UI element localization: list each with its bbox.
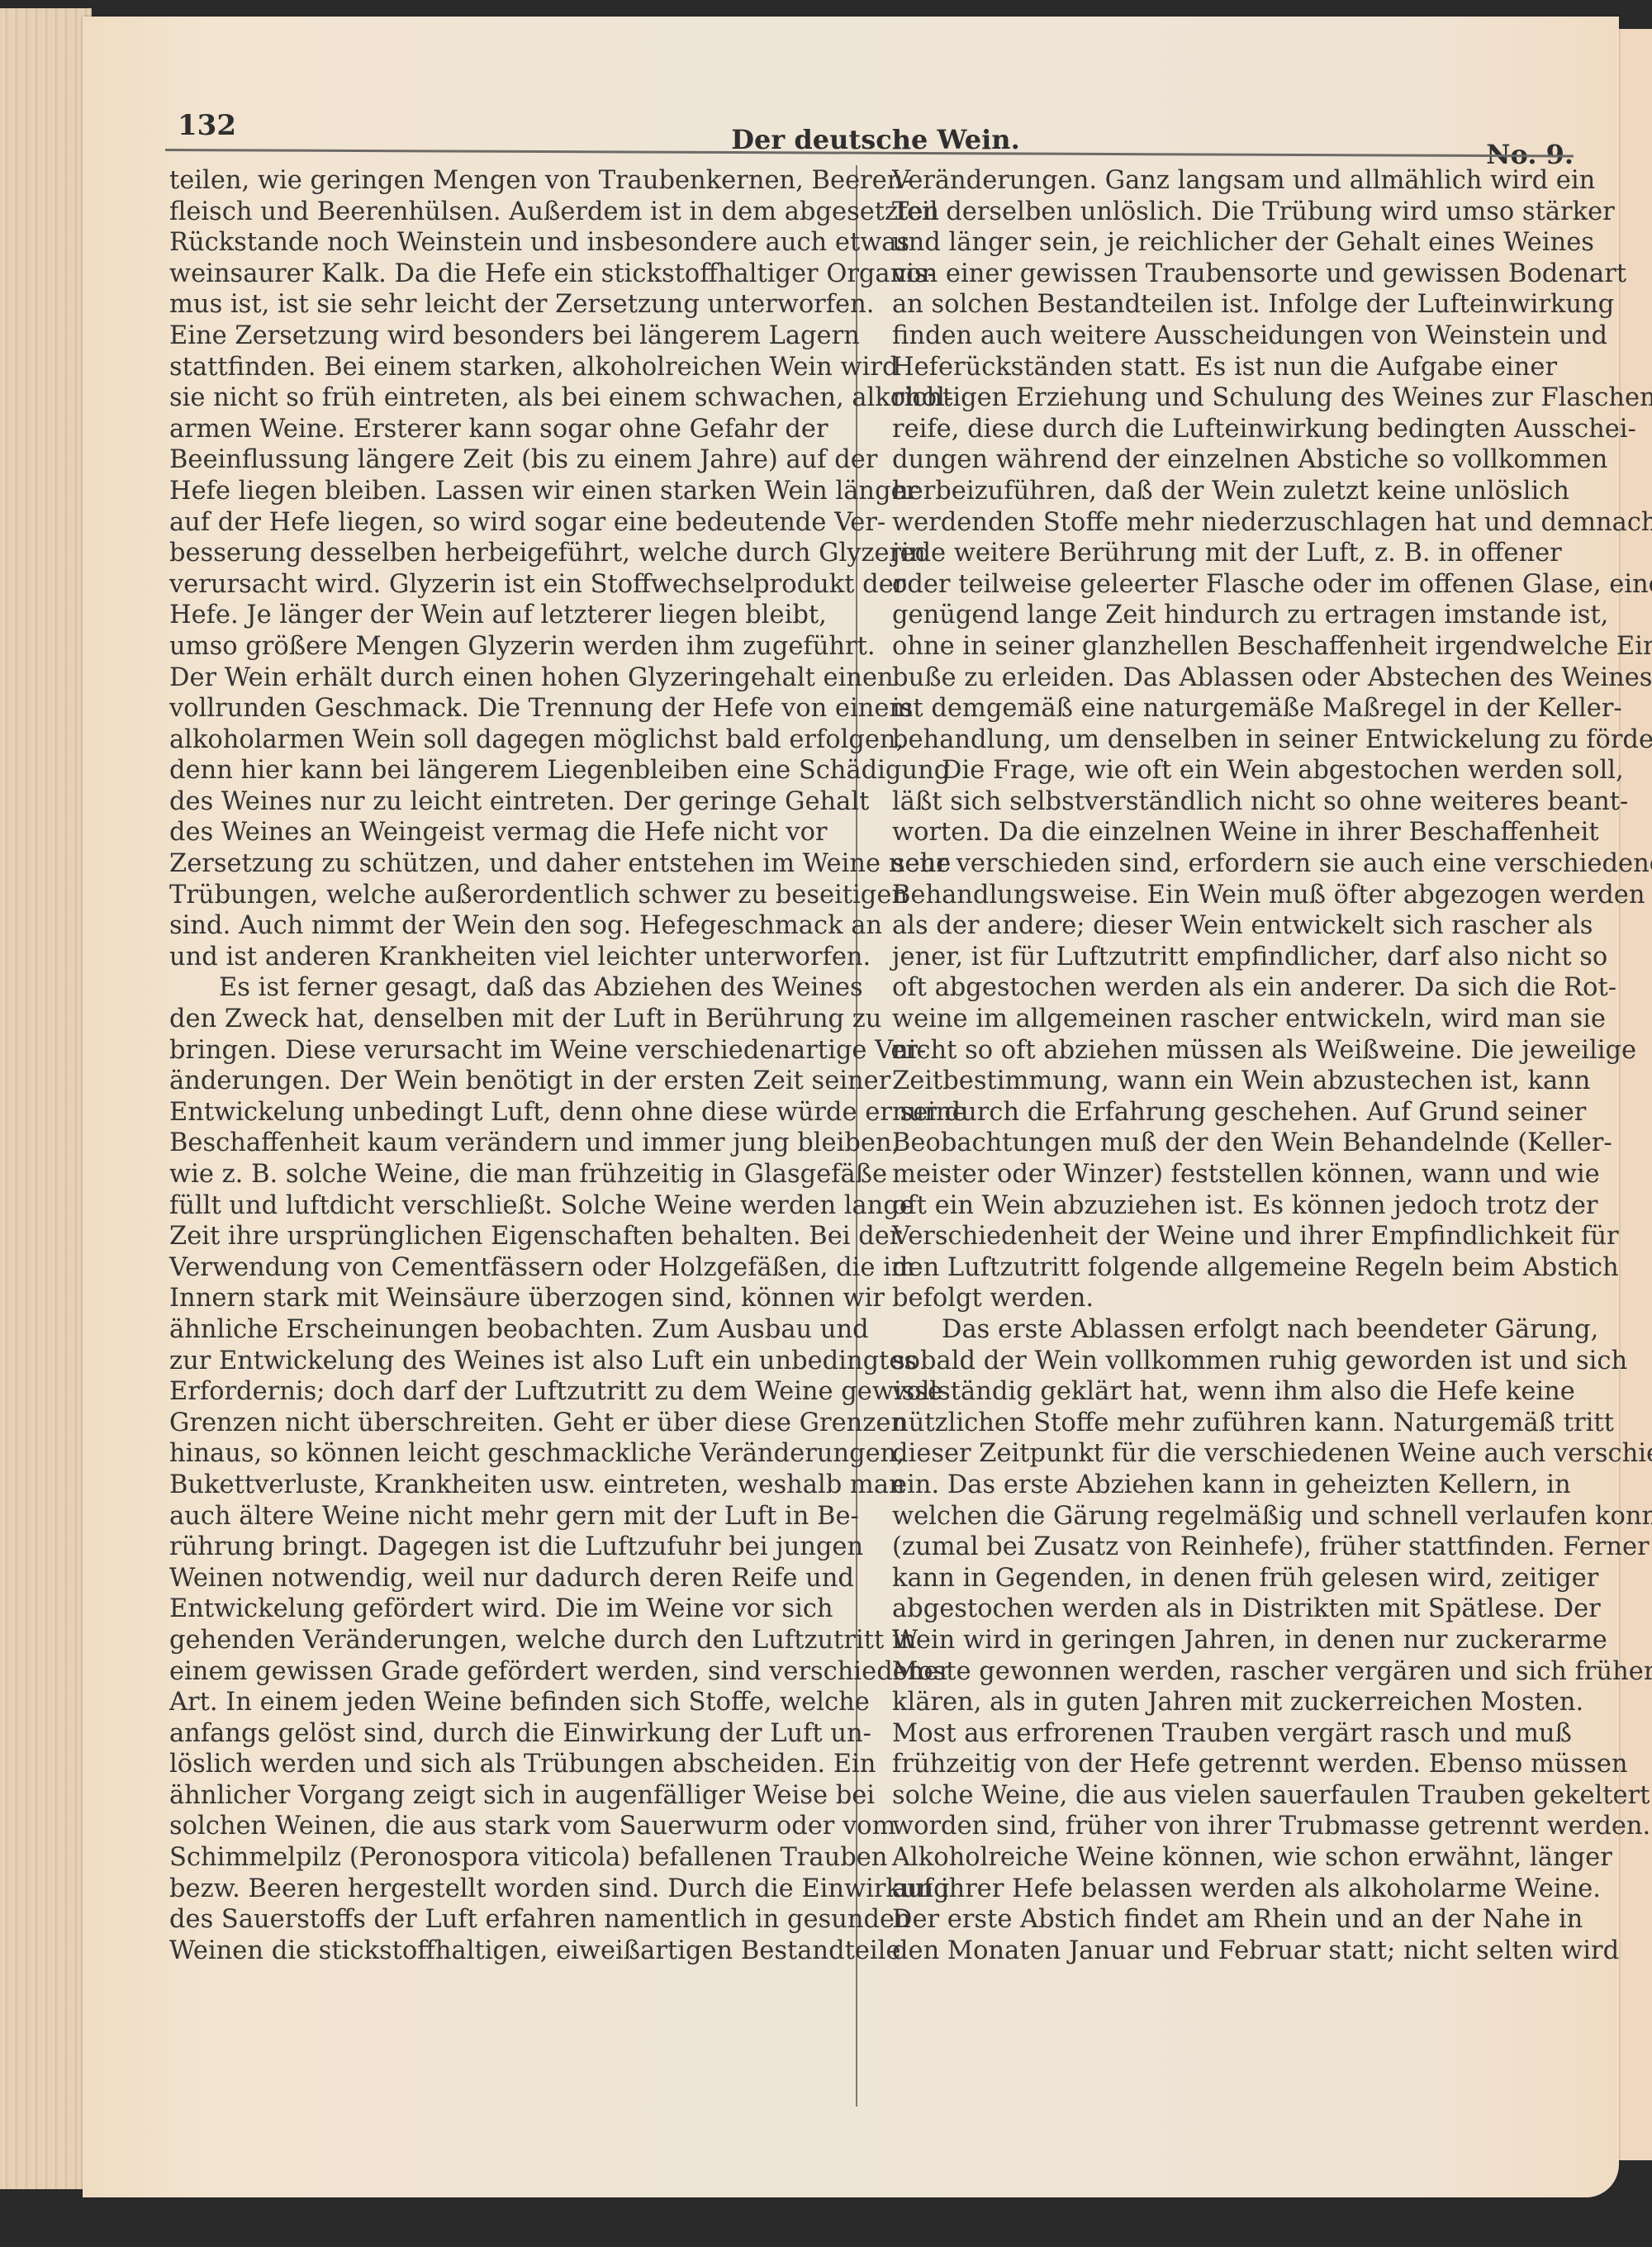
text-line: gehenden Veränderungen, welche durch den… <box>169 1625 822 1656</box>
text-line: kann in Gegenden, in denen früh gelesen … <box>892 1563 1540 1594</box>
text-line: Heferückständen statt. Es ist nun die Au… <box>892 352 1540 383</box>
text-line: worden sind, früher von ihrer Trubmasse … <box>892 1811 1540 1842</box>
text-line: ein. Das erste Abziehen kann in geheizte… <box>892 1470 1540 1501</box>
text-line: buße zu erleiden. Das Ablassen oder Abst… <box>892 663 1540 694</box>
text-line: Verwendung von Cementfässern oder Holzge… <box>169 1252 822 1284</box>
text-line: Das erste Ablassen erfolgt nach beendete… <box>892 1314 1540 1346</box>
text-line: armen Weine. Ersterer kann sogar ohne Ge… <box>169 414 822 445</box>
text-line: frühzeitig von der Hefe getrennt werden.… <box>892 1749 1540 1780</box>
text-line: Der erste Abstich findet am Rhein und an… <box>892 1904 1540 1936</box>
text-line: Bukettverluste, Krankheiten usw. eintret… <box>169 1470 822 1501</box>
text-line: Verschiedenheit der Weine und ihrer Empf… <box>892 1221 1540 1252</box>
text-line: welchen die Gärung regelmäßig und schnel… <box>892 1501 1540 1532</box>
text-line: stattfinden. Bei einem starken, alkoholr… <box>169 352 822 383</box>
text-line: fleisch und Beerenhülsen. Außerdem ist i… <box>169 197 822 228</box>
text-line: Veränderungen. Ganz langsam und allmähli… <box>892 165 1540 197</box>
text-line: wie z. B. solche Weine, die man frühzeit… <box>169 1159 822 1190</box>
text-line: Behandlungsweise. Ein Wein muß öfter abg… <box>892 880 1540 911</box>
text-line: den Luftzutritt folgende allgemeine Rege… <box>892 1252 1540 1284</box>
text-line: meister oder Winzer) feststellen können,… <box>892 1159 1540 1190</box>
text-line: Beeinflussung längere Zeit (bis zu einem… <box>169 444 822 476</box>
text-line: Most aus erfrorenen Trauben vergärt rasc… <box>892 1718 1540 1750</box>
text-line: und ist anderen Krankheiten viel leichte… <box>169 942 822 973</box>
text-line: Wein wird in geringen Jahren, in denen n… <box>892 1625 1540 1656</box>
text-line: anfangs gelöst sind, durch die Einwirkun… <box>169 1718 822 1750</box>
text-line: Entwickelung gefördert wird. Die im Wein… <box>169 1594 822 1625</box>
text-line: sobald der Wein vollkommen ruhig geworde… <box>892 1346 1540 1377</box>
text-line: Hefe. Je länger der Wein auf letzterer l… <box>169 600 822 631</box>
text-line: auch ältere Weine nicht mehr gern mit de… <box>169 1501 822 1532</box>
text-line: den Monaten Januar und Februar statt; ni… <box>892 1936 1540 1967</box>
text-line: Der Wein erhält durch einen hohen Glyzer… <box>169 663 822 694</box>
text-line: alkoholarmen Wein soll dagegen möglichst… <box>169 724 822 756</box>
text-line: Hefe liegen bleiben. Lassen wir einen st… <box>169 476 822 507</box>
text-line: dieser Zeitpunkt für die verschiedenen W… <box>892 1438 1540 1470</box>
text-line: sehr verschieden sind, erfordern sie auc… <box>892 848 1540 880</box>
text-line: teilen, wie geringen Mengen von Traubenk… <box>169 165 822 197</box>
text-line: Zeit ihre ursprünglichen Eigenschaften b… <box>169 1221 822 1252</box>
text-line: Entwickelung unbedingt Luft, denn ohne d… <box>169 1097 822 1128</box>
text-line: Die Frage, wie oft ein Wein abgestochen … <box>892 755 1540 786</box>
text-line: rührung bringt. Dagegen ist die Luftzufu… <box>169 1532 822 1563</box>
text-line: auf der Hefe liegen, so wird sogar eine … <box>169 507 822 539</box>
text-line: vollrunden Geschmack. Die Trennung der H… <box>169 693 822 724</box>
right-column: Veränderungen. Ganz langsam und allmähli… <box>892 165 1540 1966</box>
text-line: an solchen Bestandteilen ist. Infolge de… <box>892 289 1540 321</box>
text-line: reife, diese durch die Lufteinwirkung be… <box>892 414 1540 445</box>
text-line: Zersetzung zu schützen, und daher entste… <box>169 848 822 880</box>
text-line: behandlung, um denselben in seiner Entwi… <box>892 724 1540 756</box>
text-line: sind. Auch nimmt der Wein den sog. Hefeg… <box>169 910 822 942</box>
page-header: 132 Der deutsche Wein. No. 9. <box>178 99 1574 149</box>
text-line: besserung desselben herbeigeführt, welch… <box>169 538 822 569</box>
text-line: oder teilweise geleerter Flasche oder im… <box>892 569 1540 601</box>
text-line: ohne in seiner glanzhellen Beschaffenhei… <box>892 631 1540 663</box>
next-page-edge <box>1615 29 1652 2160</box>
text-line: weinsaurer Kalk. Da die Hefe ein stickst… <box>169 259 822 290</box>
text-line: füllt und luftdicht verschließt. Solche … <box>169 1190 822 1222</box>
text-line: ähnliche Erscheinungen beobachten. Zum A… <box>169 1314 822 1346</box>
text-line: nützlichen Stoffe mehr zuführen kann. Na… <box>892 1408 1540 1439</box>
text-line: solche Weine, die aus vielen sauerfaulen… <box>892 1780 1540 1812</box>
text-line: und länger sein, je reichlicher der Geha… <box>892 227 1540 259</box>
text-line: solchen Weinen, die aus stark vom Sauerw… <box>169 1811 822 1842</box>
text-line: bezw. Beeren hergestellt worden sind. Du… <box>169 1874 822 1905</box>
text-line: Moste gewonnen werden, rascher vergären … <box>892 1656 1540 1688</box>
text-line: hinaus, so können leicht geschmackliche … <box>169 1438 822 1470</box>
text-line: nur durch die Erfahrung geschehen. Auf G… <box>892 1097 1540 1128</box>
text-line: genügend lange Zeit hindurch zu ertragen… <box>892 600 1540 631</box>
text-line: vollständig geklärt hat, wenn ihm also d… <box>892 1376 1540 1408</box>
left-column: teilen, wie geringen Mengen von Traubenk… <box>169 165 822 1966</box>
text-line: herbeizuführen, daß der Wein zuletzt kei… <box>892 476 1540 507</box>
text-line: richtigen Erziehung und Schulung des Wei… <box>892 382 1540 414</box>
text-line: werdenden Stoffe mehr niederzuschlagen h… <box>892 507 1540 539</box>
text-line: ähnlicher Vorgang zeigt sich in augenfäl… <box>169 1780 822 1812</box>
text-line: oft abgestochen werden als ein anderer. … <box>892 972 1540 1004</box>
text-line: zur Entwickelung des Weines ist also Luf… <box>169 1346 822 1377</box>
text-line: ist demgemäß eine naturgemäße Maßregel i… <box>892 693 1540 724</box>
text-line: Trübungen, welche außerordentlich schwer… <box>169 880 822 911</box>
text-line: mus ist, ist sie sehr leicht der Zersetz… <box>169 289 822 321</box>
text-line: dungen während der einzelnen Abstiche so… <box>892 444 1540 476</box>
text-line: löslich werden und sich als Trübungen ab… <box>169 1749 822 1780</box>
text-line: des Weines nur zu leicht eintreten. Der … <box>169 786 822 818</box>
text-line: den Zweck hat, denselben mit der Luft in… <box>169 1004 822 1035</box>
text-line: befolgt werden. <box>892 1283 1540 1314</box>
text-line: Es ist ferner gesagt, daß das Abziehen d… <box>169 972 822 1004</box>
text-line: des Sauerstoffs der Luft erfahren nament… <box>169 1904 822 1936</box>
text-line: Weinen notwendig, weil nur dadurch deren… <box>169 1563 822 1594</box>
text-line: des Weines an Weingeist vermag die Hefe … <box>169 817 822 848</box>
text-line: Zeitbestimmung, wann ein Wein abzusteche… <box>892 1066 1540 1097</box>
text-line: als der andere; dieser Wein entwickelt s… <box>892 910 1540 942</box>
text-line: finden auch weitere Ausscheidungen von W… <box>892 321 1540 352</box>
text-line: jener, ist für Luftzutritt empfindlicher… <box>892 942 1540 973</box>
text-line: änderungen. Der Wein benötigt in der ers… <box>169 1066 822 1097</box>
text-line: einem gewissen Grade gefördert werden, s… <box>169 1656 822 1688</box>
text-line: von einer gewissen Traubensorte und gewi… <box>892 259 1540 290</box>
text-line: Eine Zersetzung wird besonders bei länge… <box>169 321 822 352</box>
text-line: Weinen die stickstoffhaltigen, eiweißart… <box>169 1936 822 1967</box>
text-line: Art. In einem jeden Weine befinden sich … <box>169 1687 822 1718</box>
text-line: Beschaffenheit kaum verändern und immer … <box>169 1128 822 1159</box>
text-line: denn hier kann bei längerem Liegenbleibe… <box>169 755 822 786</box>
text-line: Schimmelpilz (Peronospora viticola) befa… <box>169 1842 822 1874</box>
text-line: nicht so oft abziehen müssen als Weißwei… <box>892 1035 1540 1066</box>
text-line: Innern stark mit Weinsäure überzogen sin… <box>169 1283 822 1314</box>
text-line: oft ein Wein abzuziehen ist. Es können j… <box>892 1190 1540 1222</box>
text-line: worten. Da die einzelnen Weine in ihrer … <box>892 817 1540 848</box>
text-line: abgestochen werden als in Distrikten mit… <box>892 1594 1540 1625</box>
text-line: Teil derselben unlöslich. Die Trübung wi… <box>892 197 1540 228</box>
text-line: (zumal bei Zusatz von Reinhefe), früher … <box>892 1532 1540 1563</box>
text-line: auf ihrer Hefe belassen werden als alkoh… <box>892 1874 1540 1905</box>
text-line: Rückstande noch Weinstein und insbesonde… <box>169 227 822 259</box>
text-line: sie nicht so früh eintreten, als bei ein… <box>169 382 822 414</box>
text-line: läßt sich selbstverständlich nicht so oh… <box>892 786 1540 818</box>
text-line: verursacht wird. Glyzerin ist ein Stoffw… <box>169 569 822 601</box>
text-line: Grenzen nicht überschreiten. Geht er übe… <box>169 1408 822 1439</box>
text-line: Alkoholreiche Weine können, wie schon er… <box>892 1842 1540 1874</box>
text-line: umso größere Mengen Glyzerin werden ihm … <box>169 631 822 663</box>
book-page-stack <box>0 8 92 2189</box>
text-line: Erfordernis; doch darf der Luftzutritt z… <box>169 1376 822 1408</box>
text-line: jede weitere Berührung mit der Luft, z. … <box>892 538 1540 569</box>
text-line: bringen. Diese verursacht im Weine versc… <box>169 1035 822 1066</box>
text-line: klären, als in guten Jahren mit zuckerre… <box>892 1687 1540 1718</box>
text-line: Beobachtungen muß der den Wein Behandeln… <box>892 1128 1540 1159</box>
text-line: weine im allgemeinen rascher entwickeln,… <box>892 1004 1540 1035</box>
